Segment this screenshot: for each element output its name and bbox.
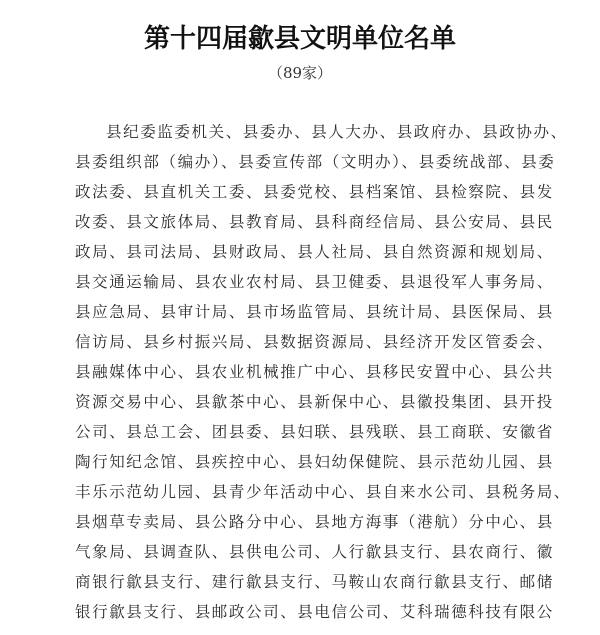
text-line: 陶行知纪念馆、县疾控中心、县妇幼保健院、县示范幼儿园、县 (75, 447, 540, 477)
text-line: 县纪委监委机关、县委办、县人大办、县政府办、县政协办、 (75, 117, 540, 147)
text-line: 气象局、县调查队、县供电公司、人行歙县支行、县农商行、徽 (75, 537, 540, 567)
text-line: 县交通运输局、县农业农村局、县卫健委、县退役军人事务局、 (75, 267, 540, 297)
text-line: 商银行歙县支行、建行歙县支行、马鞍山农商行歙县支行、邮储 (75, 567, 540, 597)
unit-count-subtitle: （89家） (0, 62, 600, 84)
text-line: 公司、县总工会、团县委、县妇联、县残联、县工商联、安徽省 (75, 417, 540, 447)
text-line: 县烟草专卖局、县公路分中心、县地方海事（港航）分中心、县 (75, 507, 540, 537)
text-line: 县委组织部（编办）、县委宣传部（文明办）、县委统战部、县委 (75, 147, 540, 177)
text-line: 政局、县司法局、县财政局、县人社局、县自然资源和规划局、 (75, 237, 540, 267)
text-line: 县融媒体中心、县农业机械推广中心、县移民安置中心、县公共 (75, 357, 540, 387)
text-line: 改委、县文旅体局、县教育局、县科商经信局、县公安局、县民 (75, 207, 540, 237)
unit-list-paragraph: 县纪委监委机关、县委办、县人大办、县政府办、县政协办、 县委组织部（编办）、县委… (75, 117, 540, 627)
text-line: 信访局、县乡村振兴局、县数据资源局、县经济开发区管委会、 (75, 327, 540, 357)
text-line: 银行歙县支行、县邮政公司、县电信公司、艾科瑞德科技有限公 (75, 597, 540, 627)
text-line: 政法委、县直机关工委、县委党校、县档案馆、县检察院、县发 (75, 177, 540, 207)
text-line: 丰乐示范幼儿园、县青少年活动中心、县自来水公司、县税务局、 (75, 477, 540, 507)
text-line: 县应急局、县审计局、县市场监管局、县统计局、县医保局、县 (75, 297, 540, 327)
document-title: 第十四届歙县文明单位名单 (0, 22, 600, 56)
text-line: 资源交易中心、县歙茶中心、县新保中心、县徽投集团、县开投 (75, 387, 540, 417)
